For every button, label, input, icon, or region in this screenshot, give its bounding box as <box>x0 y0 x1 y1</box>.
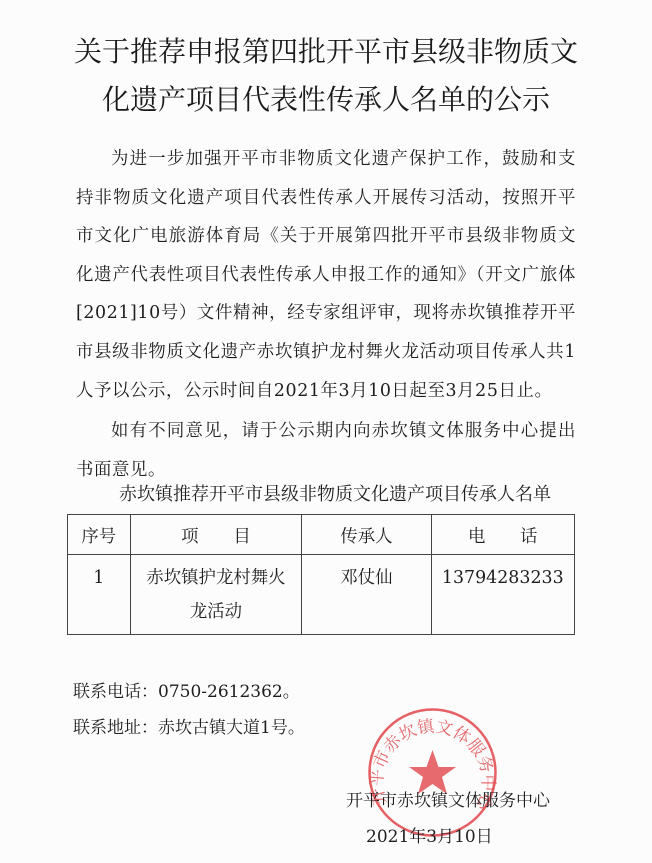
header-project: 项 目 <box>130 515 302 555</box>
nominee-table: 序号 项 目 传承人 电 话 1 赤坎镇护龙村舞火龙活动 邓仗仙 1379428… <box>67 514 575 635</box>
header-inheritor: 传承人 <box>302 515 431 555</box>
header-index: 序号 <box>68 515 131 555</box>
contact-address: 联系地址：赤坎古镇大道1号。 <box>73 713 305 738</box>
cell-index: 1 <box>68 555 131 635</box>
table-row: 1 赤坎镇护龙村舞火龙活动 邓仗仙 13794283233 <box>68 555 575 635</box>
body-paragraph-2: 如有不同意见，请于公示期内向赤坎镇文体服务中心提出书面意见。 <box>76 412 576 489</box>
official-seal-icon: 开平市赤坎镇文体服务中心 <box>365 705 500 840</box>
contact-phone: 联系电话：0750-2612362。 <box>73 677 300 702</box>
body-paragraph-1: 为进一步加强开平市非物质文化遗产保护工作，鼓励和支持非物质文化遗产项目代表性传承… <box>76 140 576 410</box>
cell-inheritor: 邓仗仙 <box>302 555 431 635</box>
header-phone: 电 话 <box>431 515 574 555</box>
table-title: 赤坎镇推荐开平市县级非物质文化遗产项目传承人名单 <box>0 480 652 506</box>
title-line-1: 关于推荐申报第四批开平市县级非物质文 <box>0 28 652 76</box>
signature-org: 开平市赤坎镇文体服务中心 <box>346 786 550 811</box>
title-line-2: 化遗产项目代表性传承人名单的公示 <box>0 76 652 124</box>
cell-phone: 13794283233 <box>431 555 574 635</box>
document-title: 关于推荐申报第四批开平市县级非物质文 化遗产项目代表性传承人名单的公示 <box>0 28 652 124</box>
cell-project: 赤坎镇护龙村舞火龙活动 <box>130 555 302 635</box>
table-header-row: 序号 项 目 传承人 电 话 <box>68 515 575 555</box>
signature-date: 2021年3月10日 <box>366 822 493 847</box>
